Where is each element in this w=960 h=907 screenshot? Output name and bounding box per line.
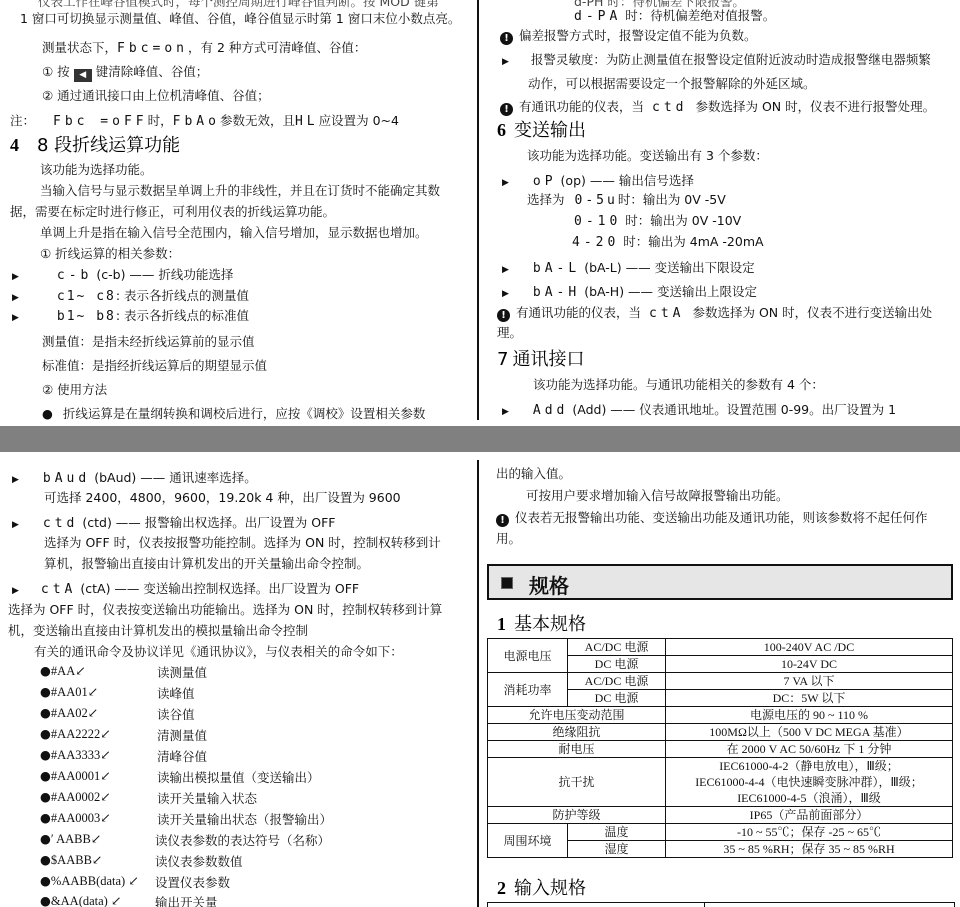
ctd-param: ▶ ctd (ctd) —— 报警输出权选择。出厂设置为 OFF <box>12 513 335 531</box>
table-row: 抗干扰 IEC61000-4-2（静电放电），Ⅲ级； IEC61000-4-4（… <box>488 758 953 807</box>
table-cell: 100-240V AC /DC <box>666 639 953 656</box>
param-item-b1-b8: ▶ b1~ b8: 表示各折线点的标准值 <box>12 306 249 324</box>
warning-icon: ! <box>496 514 509 527</box>
param-item-c1-c8: ▶ c1~ c8: 表示各折线点的测量值 <box>12 286 249 304</box>
command-desc: 读谷值 <box>157 705 195 723</box>
usage-title: ② 使用方法 <box>42 380 107 398</box>
warning-cta: !有通讯功能的仪表，当 ctA 参数选择为 ON 时，仪表不进行变送输出处 <box>497 303 932 322</box>
command-desc: 清峰谷值 <box>157 747 207 765</box>
table-cell: 电源电压 <box>488 639 568 673</box>
table-cell: 电源电压的 90 ~ 110 % <box>666 707 953 724</box>
table-cell: 绝缘阻抗 <box>488 724 666 741</box>
baud-options: 可选择 2400，4800，9600，19.20k 4 种，出厂设置为 9600 <box>44 488 401 506</box>
spec-section-banner: 规格 <box>487 564 953 600</box>
fault-alarm-line: 可按用户要求增加输入信号故障报警输出功能。 <box>526 486 789 504</box>
bullet-arrow-icon: ▶ <box>502 289 509 299</box>
section-6-intro: 该功能为选择功能。变送输出有 3 个参数： <box>527 146 768 164</box>
bullet-arrow-icon: ▶ <box>502 57 509 67</box>
table-cell: IEC61000-4-2（静电放电），Ⅲ级； IEC61000-4-4（电快速瞬… <box>666 758 953 807</box>
table-cell: AC/DC 电源 <box>568 673 666 690</box>
op-option-0-5v: 选择为 0-5u时：输出为 0V -5V <box>527 190 726 208</box>
note-line: 注： Fbc =oFF时，FbAo参数无效，且HL应设置为 0~4 <box>10 111 399 129</box>
section-4-p2b: 据，需要在标定时进行修正，可利用仪表的折线运算功能。 <box>10 202 335 220</box>
warning-icon: ! <box>497 309 510 322</box>
section-4-heading: 48 段折线运算功能 <box>10 131 180 157</box>
table-cell: 在 2000 V AC 50/60Hz 下 1 分钟 <box>666 741 953 758</box>
bullet-dot-icon: ● <box>40 684 51 699</box>
command-row: ●#AA0003↙ <box>40 810 111 826</box>
page-break-band <box>0 426 960 452</box>
basic-spec-table: 电源电压 AC/DC 电源 100-240V AC /DC DC 电源 10-2… <box>487 638 953 858</box>
basic-spec-heading: 1基本规格 <box>497 610 586 636</box>
command-desc: 读开关量输入状态 <box>157 789 257 807</box>
clear-method-1: ① 按◀键清除峰值、谷值； <box>42 62 208 82</box>
cta-desc-1: 选择为 OFF 时，仪表按变送输出功能输出。选择为 ON 时，控制权转移到计算 <box>8 600 442 618</box>
input-spec-heading: 2输入规格 <box>497 874 586 900</box>
command-row: ●$AABB↙ <box>40 852 102 868</box>
table-cell: 35 ~ 85 %RH；保存 35 ~ 85 %RH <box>666 841 953 858</box>
op-param: ▶ oP (op) —— 输出信号选择 <box>502 171 694 189</box>
command-desc: 读输出模拟量值（变送输出） <box>157 768 320 786</box>
command-desc: 设置仪表参数 <box>155 873 230 891</box>
table-cell: 湿度 <box>568 841 666 858</box>
bullet-dot-icon: ● <box>40 768 51 783</box>
bullet-dot-icon: ● <box>40 789 51 804</box>
d-pa-line: d-PA 时：待机偏差绝对值报警。 <box>574 6 775 24</box>
warning-ctd: !有通讯功能的仪表，当 ctd 参数选择为 ON 时，仪表不进行报警处理。 <box>500 97 935 116</box>
bullet-arrow-icon: ▶ <box>502 265 509 275</box>
command-row: ●#AA↙ <box>40 663 86 679</box>
section-7-heading: 7通讯接口 <box>497 345 584 371</box>
table-row: 允许电压变动范围 电源电压的 90 ~ 110 % <box>488 707 953 724</box>
add-param: ▶ Add (Add) —— 仪表通讯地址。设置范围 0-99。出厂设置为 1 <box>502 400 896 418</box>
section-6-heading: 6变送输出 <box>497 116 586 142</box>
bullet-dot-icon: ● <box>40 810 51 825</box>
cta-desc-2: 机，变送输出直接由计算机发出的模拟量输出命令控制 <box>8 621 308 639</box>
table-cell: 100MΩ以上（500 V DC MEGA 基准） <box>666 724 953 741</box>
cta-param: ▶ ctA (ctA) —— 变送输出控制权选择。出厂设置为 OFF <box>12 579 359 597</box>
table-row: 消耗功率 AC/DC 电源 7 VA 以下 <box>488 673 953 690</box>
command-desc: 清测量值 <box>157 726 207 744</box>
standard-definition: 标准值：是指经折线运算后的期望显示值 <box>42 356 267 374</box>
bullet-dot-icon: ● <box>40 873 51 888</box>
ctd-desc-2: 算机，报警输出直接由计算机发出的开关量输出命令控制。 <box>44 554 369 572</box>
op-option-4-20ma: 4-20 时：输出为 4mA -20mA <box>572 232 764 250</box>
command-row: ●′ AABB↙ <box>40 831 101 847</box>
left-arrow-key-icon: ◀ <box>74 69 92 82</box>
op-option-0-10v: 0-10 时：输出为 0V -10V <box>574 211 741 229</box>
bullet-dot-icon: ● <box>40 893 51 907</box>
bullet-dot-icon: ● <box>40 663 51 678</box>
usage-bullet: ● 折线运算是在量纲转换和调校后进行，应按《调校》设置相关参数 <box>42 404 425 422</box>
table-row: 耐电压 在 2000 V AC 50/60Hz 下 1 分钟 <box>488 741 953 758</box>
input-spec-table-top <box>487 902 955 907</box>
spec-banner-title: 规格 <box>529 570 569 599</box>
clear-method-2: ② 通过通讯接口由上位机清峰值、谷值； <box>42 86 270 104</box>
bullet-dot-icon: ● <box>40 726 51 741</box>
command-row: ●#AA02↙ <box>40 705 98 721</box>
table-cell: 消耗功率 <box>488 673 568 707</box>
fbc-on-code: Fbc=on <box>117 41 188 56</box>
table-cell: AC/DC 电源 <box>568 639 666 656</box>
bullet-dot-icon: ● <box>40 852 51 867</box>
table-cell: 耐电压 <box>488 741 666 758</box>
table-cell: 允许电压变动范围 <box>488 707 666 724</box>
warning-icon: ! <box>500 103 513 116</box>
ctd-desc-1: 选择为 OFF 时，仪表按报警功能控制。选择为 ON 时，控制权转移到计 <box>44 533 441 551</box>
warning-no-function: !仪表若无报警输出功能、变送输出功能及通讯功能，则该参数将不起任何作 <box>496 508 928 527</box>
bullet-dot-icon: ● <box>40 705 51 720</box>
bullet-arrow-icon: ▶ <box>502 178 509 188</box>
param-item-c-b: ▶ c-b (c-b) —— 折线功能选择 <box>12 265 233 283</box>
table-cell: DC 电源 <box>568 656 666 673</box>
clear-intro: 测量状态下，Fbc=on，有 2 种方式可清峰值、谷值： <box>42 38 366 56</box>
command-row: ●&AA(data) ↙ <box>40 893 121 907</box>
baud-param: ▶ bAud (bAud) —— 通讯速率选择。 <box>12 468 257 486</box>
square-bullet-icon <box>501 577 513 589</box>
bullet-arrow-icon: ▶ <box>12 293 19 303</box>
ba-l-param: ▶ bA-L (bA-L) —— 变送输出下限设定 <box>502 258 755 276</box>
continued-line: 出的输入值。 <box>496 464 571 482</box>
ba-h-param: ▶ bA-H (bA-H) —— 变送输出上限设定 <box>502 282 757 300</box>
table-cell: 周围环境 <box>488 824 568 858</box>
bullet-arrow-icon: ▶ <box>12 475 19 485</box>
command-desc: 输出开关量 <box>155 893 218 907</box>
section-4-p1: 该功能为选择功能。 <box>40 160 153 178</box>
section-7-intro: 该功能为选择功能。与通讯功能相关的参数有 4 个： <box>533 375 824 393</box>
command-row: ●#AA0001↙ <box>40 768 111 784</box>
bullet-dot-icon: ● <box>40 747 51 762</box>
warning-wrap: 用。 <box>496 529 521 547</box>
bullet-dot-icon: ● <box>40 831 51 846</box>
column-divider <box>477 0 479 420</box>
bullet-arrow-icon: ▶ <box>12 520 19 530</box>
command-row: ●#AA2222↙ <box>40 726 111 742</box>
table-cell: DC 电源 <box>568 690 666 707</box>
command-row: ●#AA01↙ <box>40 684 98 700</box>
table-cell: DC：5W 以下 <box>666 690 953 707</box>
sensitivity-line-2: 动作，可以根据需要设定一个报警解除的外延区域。 <box>528 74 816 92</box>
top-page: 仪表工作在峰谷值模式时，每个测控周期进行峰谷值判断。按 MOD 键第 1 窗口可… <box>0 0 960 426</box>
warning-icon: ! <box>500 32 513 45</box>
peak-window-text: 1 窗口可切换显示测量值、峰值、谷值，峰谷值显示时第 1 窗口末位小数点亮。 <box>20 9 460 27</box>
table-row: 绝缘阻抗 100MΩ以上（500 V DC MEGA 基准） <box>488 724 953 741</box>
command-row: ●%AABB(data) ↙ <box>40 873 139 889</box>
commands-intro: 有关的通讯命令及协议详见《通讯协议》，与仪表相关的命令如下： <box>34 642 403 660</box>
table-cell: IP65（产品前面部分） <box>666 807 953 824</box>
params-title: ① 折线运算的相关参数： <box>40 244 180 262</box>
section-4-p3: 单调上升是指在输入信号全范围内，输入信号增加，显示数据也增加。 <box>40 223 428 241</box>
bullet-arrow-icon: ▶ <box>12 272 19 282</box>
bullet-arrow-icon: ▶ <box>12 313 19 323</box>
measured-definition: 测量值：是指未经折线运算前的显示值 <box>42 332 255 350</box>
table-row: 电源电压 AC/DC 电源 100-240V AC /DC <box>488 639 953 656</box>
table-cell: 防护等级 <box>488 807 666 824</box>
command-desc: 读仪表参数的表达符号（名称） <box>155 831 330 849</box>
table-cell: 温度 <box>568 824 666 841</box>
sensitivity-line-1: ▶ 报警灵敏度：为防止测量值在报警设定值附近波动时造成报警继电器频繁 <box>502 50 931 68</box>
command-row: ●#AA3333↙ <box>40 747 111 763</box>
command-desc: 读峰值 <box>157 684 195 702</box>
warning-cta-wrap: 理。 <box>497 323 522 341</box>
table-row: 周围环境 温度 -10 ~ 55℃；保存 -25 ~ 65℃ <box>488 824 953 841</box>
table-cell: 10-24V DC <box>666 656 953 673</box>
command-desc: 读测量值 <box>157 663 207 681</box>
bullet-dot-icon: ● <box>42 406 53 421</box>
bullet-arrow-icon: ▶ <box>12 586 19 596</box>
section-4-p2a: 当输入信号与显示数据呈单调上升的非线性，并且在订货时不能确定其数 <box>40 181 440 199</box>
table-cell: -10 ~ 55℃；保存 -25 ~ 65℃ <box>666 824 953 841</box>
bullet-arrow-icon: ▶ <box>502 407 509 417</box>
table-cell: 抗干扰 <box>488 758 666 807</box>
column-divider <box>477 460 479 907</box>
command-row: ●#AA0002↙ <box>40 789 111 805</box>
table-row: 防护等级 IP65（产品前面部分） <box>488 807 953 824</box>
warning-deviation: !偏差报警方式时，报警设定值不能为负数。 <box>500 26 757 45</box>
table-cell: 7 VA 以下 <box>666 673 953 690</box>
command-desc: 读仪表参数数值 <box>155 852 243 870</box>
command-desc: 读开关量输出状态（报警输出） <box>157 810 332 828</box>
